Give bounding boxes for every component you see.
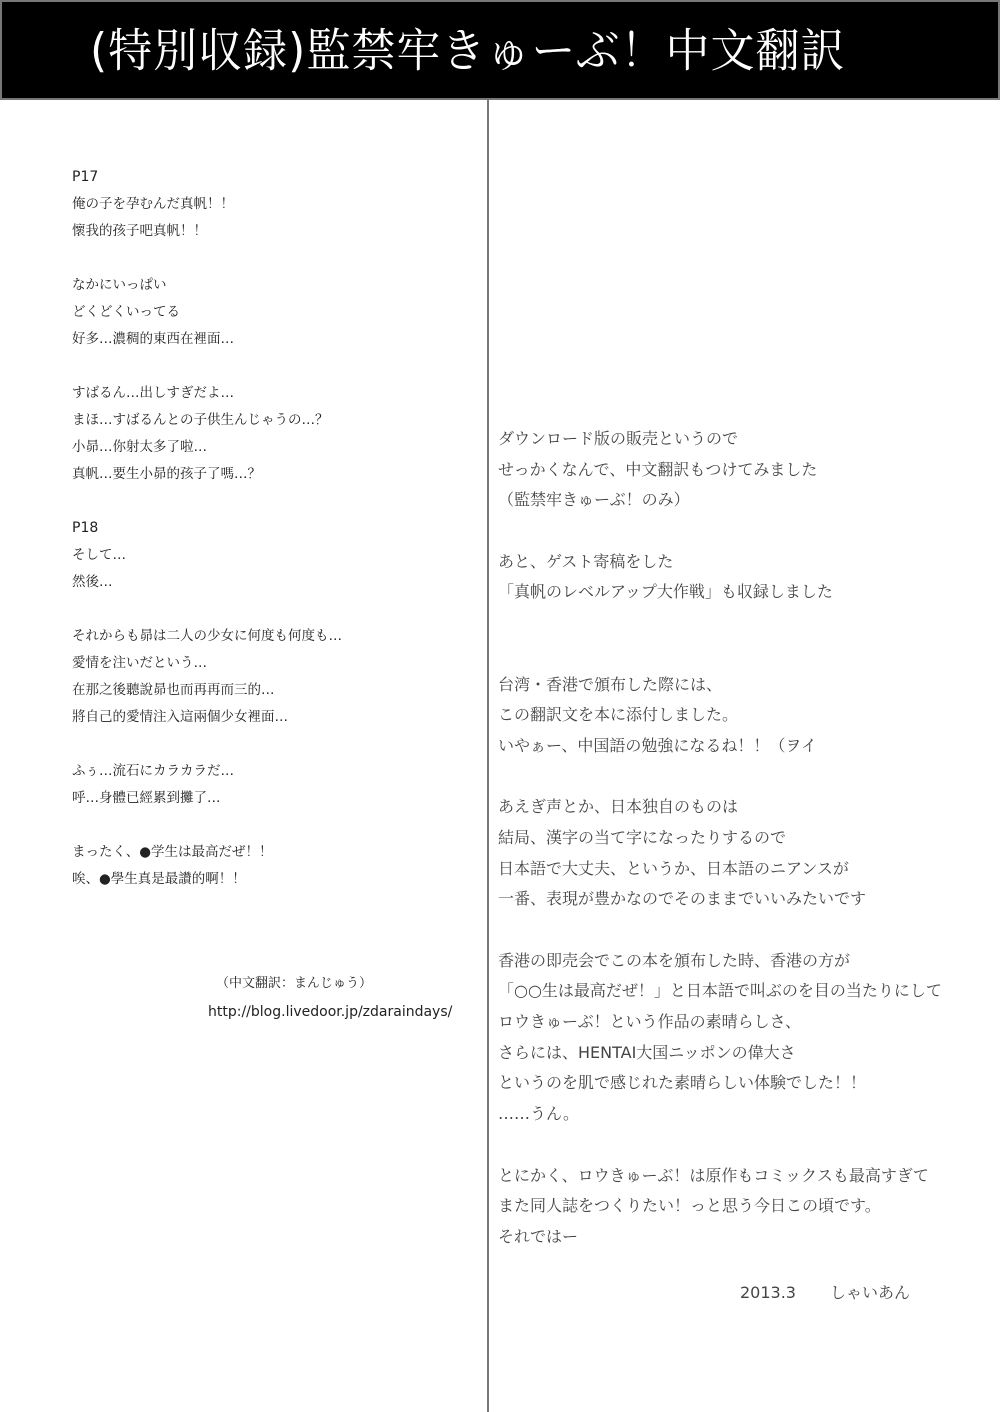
translation-line: どくどくいってる bbox=[72, 299, 482, 326]
afterword-line: 「真帆のレベルアップ大作戦」も収録しました bbox=[498, 577, 988, 608]
afterword-line: （監禁牢きゅーぶ！のみ） bbox=[498, 485, 988, 516]
translation-line: 俺の子を孕むんだ真帆！！ bbox=[72, 191, 482, 218]
translation-line: 然後… bbox=[72, 569, 482, 596]
translation-line: 愛情を注いだという… bbox=[72, 650, 482, 677]
translation-line bbox=[72, 245, 482, 272]
afterword-line: というのを肌で感じれた素晴らしい体験でした！！ bbox=[498, 1068, 988, 1099]
afterword-line: 「○○生は最高だぜ！」と日本語で叫ぶのを目の当たりにして bbox=[498, 976, 988, 1007]
afterword-line: ……うん。 bbox=[498, 1099, 988, 1130]
afterword-line: 一番、表現が豊かなのでそのままでいいみたいです bbox=[498, 884, 988, 915]
afterword-line bbox=[498, 915, 988, 946]
page-number-label: P18 bbox=[72, 515, 482, 542]
translation-line: 唉、●學生真是最讚的啊！！ bbox=[72, 866, 482, 893]
afterword-line bbox=[498, 1130, 988, 1161]
afterword-line: また同人誌をつくりたい！っと思う今日この頃です。 bbox=[498, 1191, 988, 1222]
afterword-column: ダウンロード版の販売というのでせっかくなんで、中文翻訳もつけてみました（監禁牢き… bbox=[498, 424, 988, 1253]
signature-date: 2013.3 bbox=[740, 1283, 796, 1302]
signature-author: しゃいあん bbox=[830, 1283, 910, 1302]
translation-line bbox=[72, 353, 482, 380]
translation-line bbox=[72, 488, 482, 515]
afterword-line: それではー bbox=[498, 1222, 988, 1253]
translation-line: そして… bbox=[72, 542, 482, 569]
afterword-line: ダウンロード版の販売というので bbox=[498, 424, 988, 455]
afterword-line bbox=[498, 608, 988, 639]
signature: 2013.3しゃいあん bbox=[740, 1280, 910, 1303]
afterword-line: 台湾・香港で頒布した際には、 bbox=[498, 670, 988, 701]
translation-line: 懷我的孩子吧真帆！！ bbox=[72, 218, 482, 245]
translation-line bbox=[72, 812, 482, 839]
translation-line: すばるん…出しすぎだよ… bbox=[72, 380, 482, 407]
translator-url[interactable]: http://blog.livedoor.jp/zdaraindays/ bbox=[208, 998, 488, 1026]
afterword-line: この翻訳文を本に添付しました。 bbox=[498, 700, 988, 731]
translation-line: なかにいっぱい bbox=[72, 272, 482, 299]
afterword-line: いやぁー、中国語の勉強になるね！！（ヲイ bbox=[498, 731, 988, 762]
translation-line: ふぅ…流石にカラカラだ… bbox=[72, 758, 482, 785]
afterword-line bbox=[498, 516, 988, 547]
afterword-line: 日本語で大丈夫、というか、日本語のニアンスが bbox=[498, 854, 988, 885]
translation-line: 好多…濃稠的東西在裡面… bbox=[72, 326, 482, 353]
afterword-line: ロウきゅーぶ！という作品の素晴らしさ、 bbox=[498, 1007, 988, 1038]
page-number-label: P17 bbox=[72, 164, 482, 191]
afterword-line: 香港の即売会でこの本を頒布した時、香港の方が bbox=[498, 946, 988, 977]
title-banner: (特別収録)監禁牢きゅーぶ！中文翻訳 bbox=[0, 0, 1000, 100]
page-title: (特別収録)監禁牢きゅーぶ！中文翻訳 bbox=[90, 23, 845, 82]
translator-name: （中文翻訳：まんじゅう） bbox=[208, 970, 488, 998]
translation-line: まほ…すばるんとの子供生んじゃうの…？ bbox=[72, 407, 482, 434]
translation-line: 將自己的愛情注入這兩個少女裡面… bbox=[72, 704, 482, 731]
translation-line bbox=[72, 731, 482, 758]
column-divider bbox=[487, 98, 489, 1412]
translator-credit: （中文翻訳：まんじゅう） http://blog.livedoor.jp/zda… bbox=[208, 970, 488, 1026]
translation-line: 呼…身體已經累到攤了… bbox=[72, 785, 482, 812]
translation-line: 在那之後聽說昴也而再再而三的… bbox=[72, 677, 482, 704]
afterword-line bbox=[498, 639, 988, 670]
translation-line: まったく、●学生は最高だぜ！！ bbox=[72, 839, 482, 866]
afterword-line: さらには、HENTAI大国ニッポンの偉大さ bbox=[498, 1038, 988, 1069]
afterword-line: あえぎ声とか、日本独自のものは bbox=[498, 792, 988, 823]
afterword-line: あと、ゲスト寄稿をした bbox=[498, 547, 988, 578]
afterword-line: 結局、漢字の当て字になったりするので bbox=[498, 823, 988, 854]
translation-column: P17俺の子を孕むんだ真帆！！懷我的孩子吧真帆！！なかにいっぱいどくどくいってる… bbox=[72, 164, 482, 893]
translation-line: 小昴…你射太多了啦… bbox=[72, 434, 482, 461]
translation-line: 真帆…要生小昴的孩子了嗎…？ bbox=[72, 461, 482, 488]
afterword-line bbox=[498, 762, 988, 793]
translation-line bbox=[72, 596, 482, 623]
translation-line: それからも昴は二人の少女に何度も何度も… bbox=[72, 623, 482, 650]
afterword-line: せっかくなんで、中文翻訳もつけてみました bbox=[498, 455, 988, 486]
afterword-line: とにかく、ロウきゅーぶ！は原作もコミックスも最高すぎて bbox=[498, 1161, 988, 1192]
